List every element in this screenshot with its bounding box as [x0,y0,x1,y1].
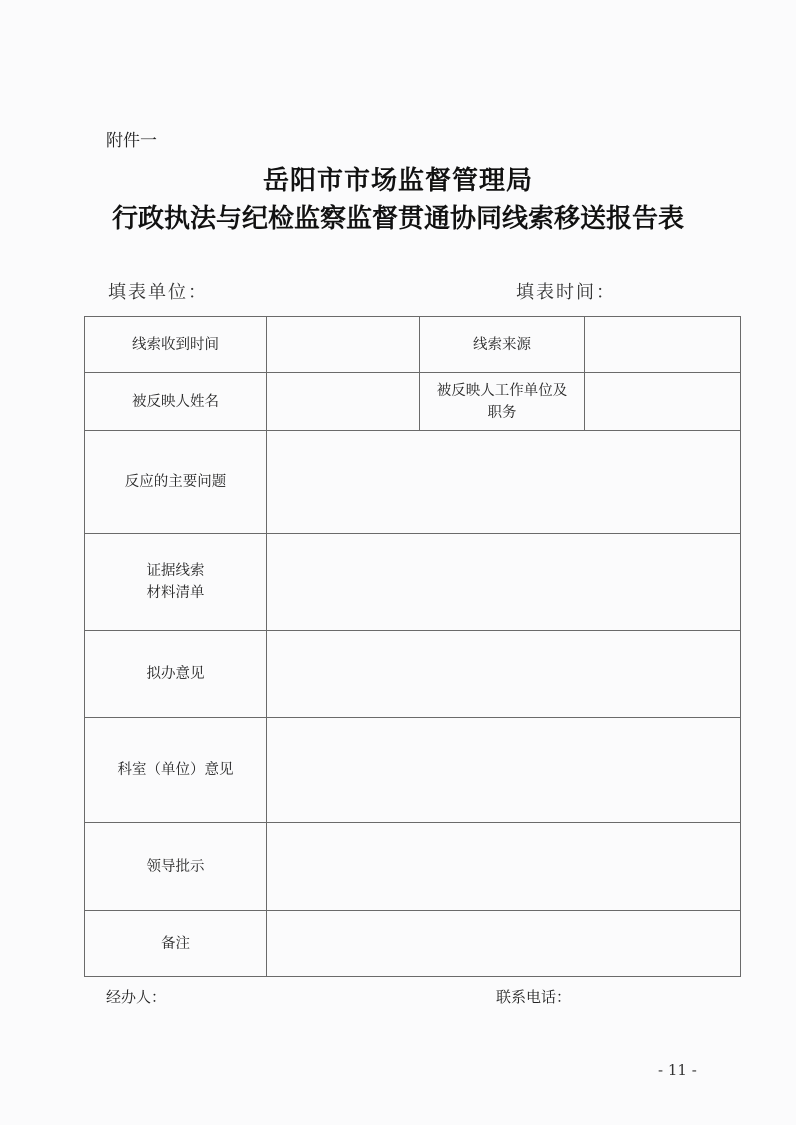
label-reported-person-unit-position: 被反映人工作单位及 职务 [420,373,585,431]
document-title-line1: 岳阳市市场监督管理局 [0,160,796,197]
label-proposed-opinion: 拟办意见 [85,631,267,718]
field-evidence-materials[interactable] [267,534,741,631]
field-main-issues[interactable] [267,431,741,534]
page-number: - 11 - [658,1061,697,1079]
attachment-label: 附件一 [106,126,157,151]
table-row: 反应的主要问题 [85,431,741,534]
label-leader-instruction: 领导批示 [85,823,267,911]
table-row: 被反映人姓名 被反映人工作单位及 职务 [85,373,741,431]
label-department-opinion: 科室（单位）意见 [85,718,267,823]
label-line: 证据线索 [89,560,262,582]
table-row: 拟办意见 [85,631,741,718]
field-clue-source[interactable] [585,317,741,373]
label-clue-received-time: 线索收到时间 [85,317,267,373]
field-clue-received-time[interactable] [267,317,420,373]
field-reported-person-name[interactable] [267,373,420,431]
field-remarks[interactable] [267,911,741,977]
label-line: 被反映人工作单位及 [424,380,580,402]
table-row: 线索收到时间 线索来源 [85,317,741,373]
label-remarks: 备注 [85,911,267,977]
table-row: 备注 [85,911,741,977]
label-reported-person-name: 被反映人姓名 [85,373,267,431]
table-row: 证据线索 材料清单 [85,534,741,631]
field-reported-person-unit-position[interactable] [585,373,741,431]
handler-label: 经办人： [106,986,166,1007]
label-line: 职务 [424,402,580,424]
label-line: 材料清单 [89,582,262,604]
table-row: 科室（单位）意见 [85,718,741,823]
label-evidence-materials: 证据线索 材料清单 [85,534,267,631]
fill-unit-label: 填表单位： [108,278,208,304]
fill-time-label: 填表时间： [516,278,616,304]
label-clue-source: 线索来源 [420,317,585,373]
contact-phone-label: 联系电话： [496,986,571,1007]
document-title-line2: 行政执法与纪检监察监督贯通协同线索移送报告表 [0,198,796,235]
report-form-table: 线索收到时间 线索来源 被反映人姓名 被反映人工作单位及 职务 反应的主要问题 … [84,316,741,977]
field-department-opinion[interactable] [267,718,741,823]
field-leader-instruction[interactable] [267,823,741,911]
label-main-issues: 反应的主要问题 [85,431,267,534]
field-proposed-opinion[interactable] [267,631,741,718]
table-row: 领导批示 [85,823,741,911]
